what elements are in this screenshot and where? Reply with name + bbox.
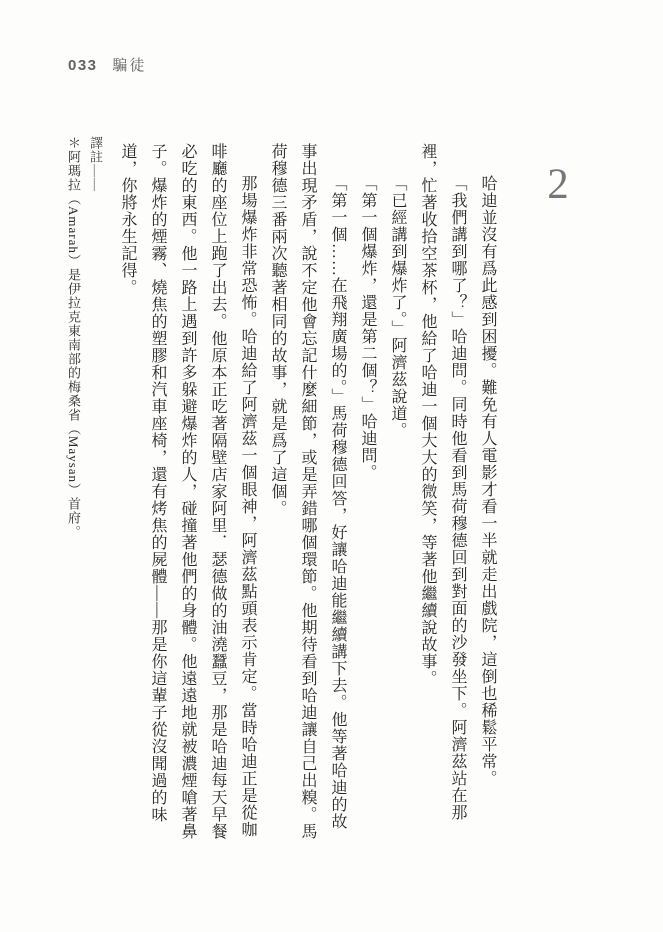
- chapter-number: 2: [536, 161, 580, 208]
- footnote-text: ＊阿瑪拉（Amarah）是伊拉克東南部的梅桑省（Maysan）首府。: [62, 136, 84, 614]
- page-number: 033: [68, 57, 98, 74]
- running-head: 033 騙徒: [68, 54, 147, 75]
- paragraph: 「已經講到爆炸了。」阿濟茲說道。: [382, 143, 412, 840]
- main-text: 哈迪並沒有爲此感到困擾。難免有人電影才看一半就走出戲院，這倒也稀鬆平常。 「我們…: [112, 143, 502, 840]
- footnote-label-text: 譯註: [88, 136, 103, 164]
- paragraph: 哈迪並沒有爲此感到困擾。難免有人電影才看一半就走出戲院，這倒也稀鬆平常。: [472, 143, 502, 840]
- running-title: 騙徒: [113, 54, 147, 75]
- footnote-label: 譯註——: [84, 136, 106, 614]
- translator-footnote: 譯註—— ＊阿瑪拉（Amarah）是伊拉克東南部的梅桑省（Maysan）首府。: [62, 136, 106, 614]
- book-page: 033 騙徒 2 哈迪並沒有爲此感到困擾。難免有人電影才看一半就走出戲院，這倒也…: [0, 0, 663, 932]
- paragraph: 「我們講到哪了？」哈迪問。同時他看到馬荷穆德回到對面的沙發坐下。阿濟茲站在那裡，…: [412, 143, 472, 840]
- paragraph: 「第一個……在飛翔廣場的。」馬荷穆德回答，好讓哈迪能繼續講下去。他等著哈迪的故事…: [262, 143, 352, 840]
- footnote-dash: ——: [88, 164, 103, 192]
- paragraph: 「第一個爆炸，還是第二個？」哈迪問。: [352, 143, 382, 840]
- paragraph: 那場爆炸非常恐怖。哈迪給了阿濟茲一個眼神，阿濟茲點頭表示肯定。當時哈迪正是從咖啡…: [112, 143, 262, 840]
